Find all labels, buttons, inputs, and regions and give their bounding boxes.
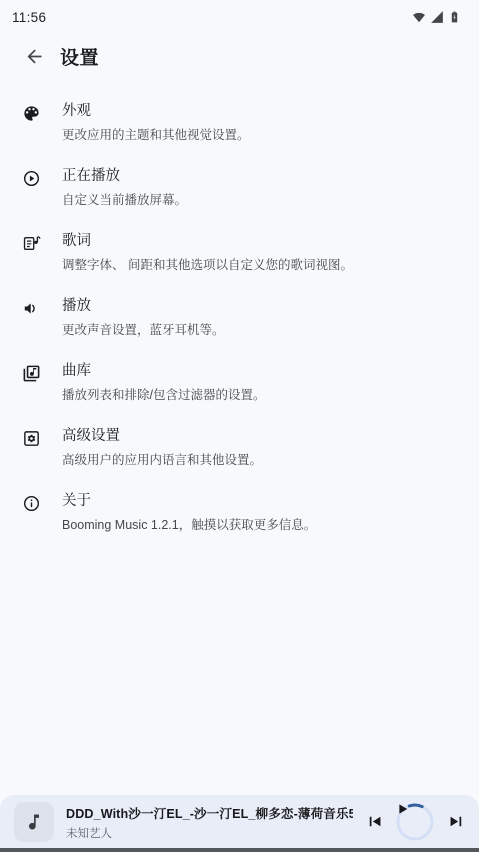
back-button[interactable] [22, 44, 46, 68]
item-subtitle: 播放列表和排除/包含过滤器的设置。 [62, 387, 265, 403]
item-subtitle: Booming Music 1.2.1，触摸以获取更多信息。 [62, 517, 316, 533]
item-title: 正在播放 [62, 167, 187, 186]
library-music-icon [22, 362, 62, 383]
info-icon [22, 492, 62, 513]
track-artist: 未知艺人 [66, 825, 353, 841]
settings-item-appearance[interactable]: 外观 更改应用的主题和其他视觉设置。 [0, 90, 479, 155]
back-arrow-icon [24, 46, 45, 67]
clock: 11:56 [12, 10, 46, 25]
track-info: DDD_With沙一汀EL_-沙一汀EL_柳多恋-薄荷音乐5060 未知艺人 [66, 803, 353, 841]
music-note-icon [24, 812, 44, 832]
previous-track-icon [365, 812, 384, 831]
settings-list: 外观 更改应用的主题和其他视觉设置。 正在播放 自定义当前播放屏幕。 歌词 调整… [0, 78, 479, 545]
item-subtitle: 更改应用的主题和其他视觉设置。 [62, 127, 250, 143]
item-subtitle: 更改声音设置，蓝牙耳机等。 [62, 322, 225, 338]
status-icons [412, 10, 461, 24]
status-bar: 11:56 [0, 0, 479, 28]
cellular-icon [430, 10, 444, 24]
settings-item-now-playing[interactable]: 正在播放 自定义当前播放屏幕。 [0, 155, 479, 220]
wifi-icon [412, 10, 426, 24]
advanced-settings-icon [22, 427, 62, 448]
settings-item-playback[interactable]: 播放 更改声音设置，蓝牙耳机等。 [0, 285, 479, 350]
next-track-button[interactable] [441, 802, 471, 842]
item-subtitle: 自定义当前播放屏幕。 [62, 192, 187, 208]
player-controls [359, 800, 471, 844]
play-icon [393, 800, 411, 818]
battery-icon [448, 10, 461, 24]
item-title: 曲库 [62, 362, 265, 381]
settings-item-lyrics[interactable]: 歌词 调整字体、 间距和其他选项以自定义您的歌词视图。 [0, 220, 479, 285]
lyrics-icon [22, 232, 62, 253]
settings-item-about[interactable]: 关于 Booming Music 1.2.1，触摸以获取更多信息。 [0, 480, 479, 545]
item-title: 高级设置 [62, 427, 262, 446]
item-subtitle: 高级用户的应用内语言和其他设置。 [62, 452, 262, 468]
settings-item-library[interactable]: 曲库 播放列表和排除/包含过滤器的设置。 [0, 350, 479, 415]
mini-player[interactable]: DDD_With沙一汀EL_-沙一汀EL_柳多恋-薄荷音乐5060 未知艺人 [0, 795, 479, 848]
item-title: 歌词 [62, 232, 353, 251]
play-pause-button[interactable] [393, 800, 437, 844]
speaker-icon [22, 297, 62, 318]
track-title: DDD_With沙一汀EL_-沙一汀EL_柳多恋-薄荷音乐5060 [66, 803, 353, 822]
previous-track-button[interactable] [359, 802, 389, 842]
item-title: 外观 [62, 102, 250, 121]
item-subtitle: 调整字体、 间距和其他选项以自定义您的歌词视图。 [62, 257, 353, 273]
play-circle-icon [22, 167, 62, 188]
settings-item-advanced[interactable]: 高级设置 高级用户的应用内语言和其他设置。 [0, 415, 479, 480]
app-bar: 设置 [0, 34, 479, 78]
item-title: 播放 [62, 297, 225, 316]
album-art [14, 802, 54, 842]
palette-icon [22, 102, 62, 123]
page-title: 设置 [60, 43, 99, 70]
navigation-bar-strip [0, 848, 479, 852]
next-track-icon [447, 812, 466, 831]
item-title: 关于 [62, 492, 316, 511]
